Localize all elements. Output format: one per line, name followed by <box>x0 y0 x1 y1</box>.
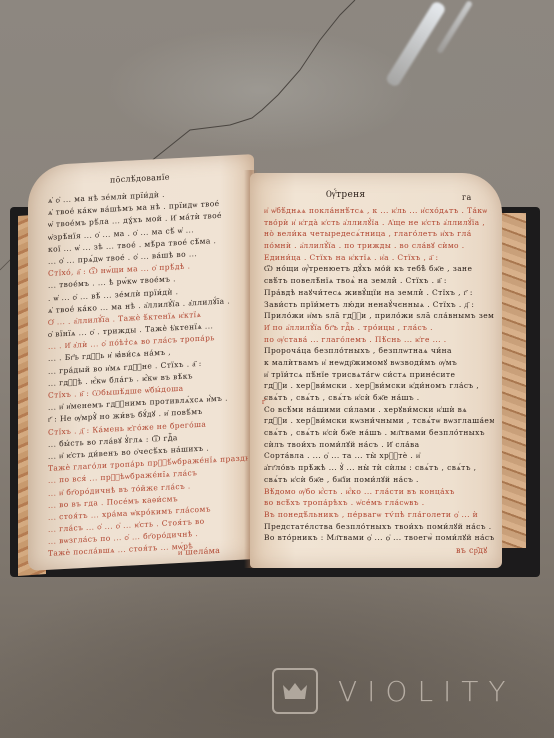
text-line: Пророча́ца безпло́тныхъ , безплѡтнаѧ чи́… <box>264 345 494 357</box>
margin-mark: г҃ <box>262 397 266 406</box>
folio-number: га <box>462 193 472 202</box>
text-line: Едини́ца . Стїхъ на ѥ҆ктїѧ . и҆а . Стїхъ… <box>264 252 494 264</box>
left-page-header: по̑слѣ́дованїе <box>110 172 170 184</box>
text-line: по ѹ҆става́ ... глаго́лемъ . Пѣ́снь ... … <box>264 334 494 346</box>
text-line: свѧ́тъ , свѧ́тъ ѥ҆сѝ бж҃е на́шъ . мл҃тва… <box>264 427 494 439</box>
right-page: Ѹ҆́треня га и҆ ѡ҆бѣ́днѧѧ покла́ннѣ́тсѧ ,… <box>250 173 502 568</box>
text-line: по́мнѝ . а҆ллилꙋ́їа . по трижды . во сла… <box>264 240 494 252</box>
text-line: Со всѣ́ми на́шими си́лами . херꙋви́мски … <box>264 404 494 416</box>
left-page: по̑слѣ́дованїе ѧ҆ ѻ҆ ... ма нѣ зе́млѝ пр… <box>28 154 254 571</box>
text-line: свѧ́тъ , свѧ́тъ , свѧ́тъ ѥ҆сѝ бж҃е на́шъ… <box>264 392 494 404</box>
left-page-text: ѧ҆ ѻ҆ ... ма нѣ зе́млѝ прїи́дѝ .ѧ҆ твое́… <box>48 184 248 560</box>
text-line: Пра́вдѣ наꙋчи́тесѧ живꙋ́щїи на земли̇̀ .… <box>264 287 494 299</box>
text-line: гдⷭ҇и . херꙋви́мски . херꙋви́мски ѥ҆ди́н… <box>264 380 494 392</box>
crown-icon <box>282 682 308 700</box>
text-line: Вѣ́домо ѹ҆бо ѥ҆́сть . ѥ҆́ко ... гла́сти … <box>264 486 494 498</box>
right-page-header: Ѹ҆́треня <box>326 189 365 200</box>
text-line: И҆ по а҆ллилꙋ́їа бг҃ъ гдⷭ҇ь . тро́ицы , … <box>264 322 494 334</box>
text-line: а҆гг҃ло́въ прѣ́жѣ ... ꙋ҆ ... ны̀ тѝ сѝлы… <box>264 462 494 474</box>
text-line: к малѝтвамъ и҆ неѡдр҃жимомꙋ вѡзводи́мъ ѹ… <box>264 357 494 369</box>
violity-watermark: VIOLITY <box>272 668 516 714</box>
text-line: гдⷭ҇и . херꙋви́мски кѡзни́чными , тсвѧ́т… <box>264 415 494 427</box>
text-line: и҆ трїи́тсѧ пѣ́нїе трисвѧта́гѡ си́стѧ пр… <box>264 369 494 381</box>
text-line: Предстате́лства безпло́тныхъ твои́хъ пом… <box>264 521 494 533</box>
text-line: Во вто́рникъ : Мл҃твами ѻ҆ ... ѻ҆ ... тв… <box>264 532 494 544</box>
text-line: тво́рѝ и҆ ѥ҆гда̀ ѥ҆сть а҆ллилꙋ́їа . А҆ще… <box>264 217 494 229</box>
left-page-catchword: и҆ шела́ма <box>178 546 220 557</box>
watermark-logo <box>272 668 318 714</box>
text-line: но̀ вели́ка четыредесѧ́тница , глаго́лет… <box>264 228 494 240</box>
text-line: Прило́жи и҆мъ ѕла̑ гдⷭ҇и , прило́жи ѕла̑… <box>264 310 494 322</box>
text-line: свѧ́тъ ѥ҆сѝ бж҃е , бж҃їи поми́лꙋй на́съ … <box>264 474 494 486</box>
text-line: во всѣ́хъ тропа́рѣхъ . ѡ҆се́мъ гла́сѡвъ … <box>264 497 494 509</box>
text-line: сѝлъ твои́хъ поми́лꙋй на́съ . И҆ сла́ва <box>264 439 494 451</box>
text-line: Ѿ но́щи ѹ҆́тренюетъ дꙋ́хъ мо́й къ тебѣ̀ … <box>264 263 494 275</box>
page-edges-right <box>500 213 526 548</box>
watermark-text: VIOLITY <box>338 675 516 708</box>
text-line: Сорта́вла . ... ѻ҆ ... та ... ты̀ хрⷭ҇тѐ… <box>264 450 494 462</box>
text-line: Въ понедѣ́льникъ , пе́рвагѡ тѵ́пѣ гла́го… <box>264 509 494 521</box>
text-line: свѣ́тъ повелѣ́нїѧ твоѧ̀ на земли̇̀ . Стї… <box>264 275 494 287</box>
right-page-catchword: въ ср҃дꙋ <box>456 545 487 556</box>
text-line: Зави́сть прїи́метъ лю́ди ненаꙋ́чєнныѧ . … <box>264 299 494 311</box>
right-page-text: и҆ ѡ҆бѣ́днѧѧ покла́ннѣ́тсѧ , к ... ѥ҆ль … <box>264 205 494 544</box>
open-book: по̑слѣ́дованїе ѧ҆ ѻ҆ ... ма нѣ зе́млѝ пр… <box>4 155 544 580</box>
text-line: и҆ ѡ҆бѣ́днѧѧ покла́ннѣ́тсѧ , к ... ѥ҆ль … <box>264 205 494 217</box>
